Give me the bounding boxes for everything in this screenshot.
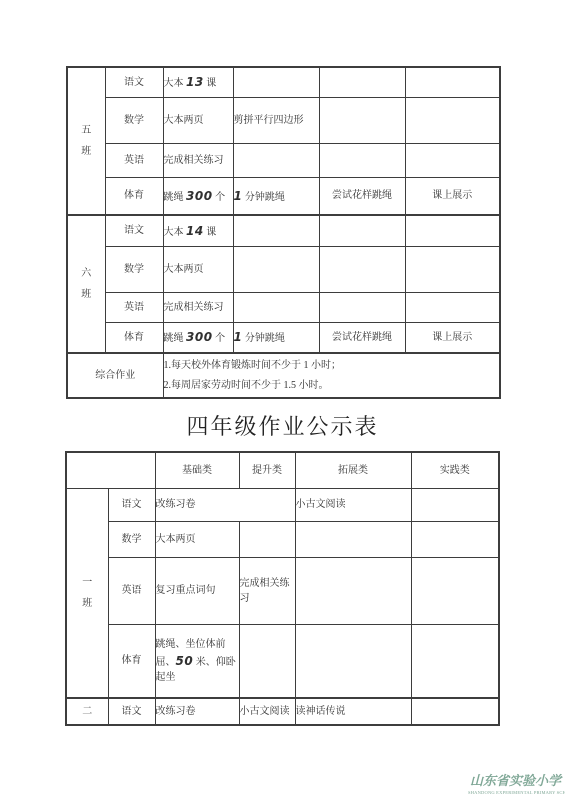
table-row: 体育 跳绳、坐位体前屈、50 米、仰卧起坐 (66, 624, 499, 698)
empty-cell (233, 215, 319, 246)
subject-cell: 数学 (105, 97, 163, 143)
empty-cell (233, 143, 319, 177)
homework-cell: 小古文阅读 (239, 698, 295, 725)
subject-cell: 语文 (108, 488, 155, 521)
summary-label-cell: 综合作业 (67, 353, 163, 398)
subject-cell: 语文 (108, 698, 155, 725)
class-label-cell: 二 (66, 698, 108, 725)
school-logo: 山东省实验小学 SHANDONG EXPERIMENTAL PRIMARY SC… (468, 770, 563, 795)
column-header: 基础类 (155, 452, 239, 488)
subject-cell: 体育 (105, 322, 163, 353)
homework-cell: 课上展示 (405, 177, 500, 215)
summary-content-cell: 1.每天校外体育锻炼时间不少于 1 小时； 2.每周居家劳动时间不少于 1.5 … (163, 353, 500, 398)
class-label-cell: 六班 (67, 215, 105, 353)
homework-cell: 跳绳 300 个 (163, 322, 233, 353)
table-row: 体育 跳绳 300 个 1 分钟跳绳 尝试花样跳绳 课上展示 (67, 177, 500, 215)
empty-cell (319, 246, 405, 292)
table-row: 英语 完成相关练习 (67, 292, 500, 322)
homework-cell: 改练习卷 (155, 698, 239, 725)
subject-cell: 语文 (105, 67, 163, 97)
empty-cell (295, 557, 411, 624)
empty-cell (405, 143, 500, 177)
homework-cell: 1 分钟跳绳 (233, 322, 319, 353)
empty-cell (319, 215, 405, 246)
class-label-cell: 一班 (66, 488, 108, 698)
column-header: 提升类 (239, 452, 295, 488)
empty-cell (405, 67, 500, 97)
table-row: 五班 语文 大本 13 课 (67, 67, 500, 97)
subject-cell: 英语 (105, 143, 163, 177)
homework-cell: 大本两页 (163, 246, 233, 292)
homework-cell: 复习重点词句 (155, 557, 239, 624)
homework-cell: 跳绳 300 个 (163, 177, 233, 215)
empty-cell (411, 557, 499, 624)
subject-cell: 体育 (108, 624, 155, 698)
empty-cell (411, 698, 499, 725)
empty-cell (239, 521, 295, 557)
empty-cell (295, 624, 411, 698)
homework-cell: 读神话传说 (295, 698, 411, 725)
homework-cell: 改练习卷 (155, 488, 295, 521)
summary-line: 2.每周居家劳动时间不少于 1.5 小时。 (164, 376, 500, 396)
column-header: 实践类 (411, 452, 499, 488)
homework-cell: 跳绳、坐位体前屈、50 米、仰卧起坐 (155, 624, 239, 698)
empty-cell (411, 624, 499, 698)
homework-cell: 完成相关练习 (163, 143, 233, 177)
homework-cell: 尝试花样跳绳 (319, 177, 405, 215)
table-row: 数学 大本两页 剪拼平行四边形 (67, 97, 500, 143)
table-row: 英语 复习重点词句 完成相关练习 (66, 557, 499, 624)
school-logo-chinese: 山东省实验小学 (468, 770, 563, 789)
empty-cell (319, 143, 405, 177)
empty-cell (405, 215, 500, 246)
empty-cell (295, 521, 411, 557)
homework-cell: 小古文阅读 (295, 488, 411, 521)
empty-cell (319, 67, 405, 97)
empty-cell (319, 292, 405, 322)
subject-cell: 英语 (105, 292, 163, 322)
document-page: 五班 语文 大本 13 课 数学 大本两页 剪拼平行四边形 英语 完成相关练习 (0, 0, 565, 800)
homework-cell: 课上展示 (405, 322, 500, 353)
table-header-row: 基础类 提升类 拓展类 实践类 (66, 452, 499, 488)
empty-cell (411, 521, 499, 557)
table-row: 综合作业 1.每天校外体育锻炼时间不少于 1 小时； 2.每周居家劳动时间不少于… (67, 353, 500, 398)
summary-line: 1.每天校外体育锻炼时间不少于 1 小时； (164, 356, 500, 376)
table-row: 体育 跳绳 300 个 1 分钟跳绳 尝试花样跳绳 课上展示 (67, 322, 500, 353)
homework-cell: 大本 14 课 (163, 215, 233, 246)
class-label: 一班 (82, 572, 92, 614)
empty-cell (319, 97, 405, 143)
homework-cell: 完成相关练习 (163, 292, 233, 322)
corner-cell (66, 452, 155, 488)
empty-cell (411, 488, 499, 521)
school-logo-english: SHANDONG EXPERIMENTAL PRIMARY SCHOOL (468, 790, 563, 795)
empty-cell (405, 246, 500, 292)
homework-cell: 剪拼平行四边形 (233, 97, 319, 143)
homework-cell: 完成相关练习 (239, 557, 295, 624)
homework-cell: 大本 13 课 (163, 67, 233, 97)
empty-cell (405, 97, 500, 143)
homework-cell: 大本两页 (155, 521, 239, 557)
table-row: 六班 语文 大本 14 课 (67, 215, 500, 246)
page-title: 四年级作业公示表 (0, 412, 565, 442)
table-row: 二 语文 改练习卷 小古文阅读 读神话传说 (66, 698, 499, 725)
empty-cell (239, 624, 295, 698)
subject-cell: 语文 (105, 215, 163, 246)
empty-cell (233, 246, 319, 292)
subject-cell: 体育 (105, 177, 163, 215)
table-row: 数学 大本两页 (67, 246, 500, 292)
class-label-cell: 五班 (67, 67, 105, 215)
empty-cell (233, 67, 319, 97)
grade4-homework-table: 基础类 提升类 拓展类 实践类 一班 语文 改练习卷 小古文阅读 数学 大本两页… (65, 451, 500, 726)
subject-cell: 英语 (108, 557, 155, 624)
homework-cell: 尝试花样跳绳 (319, 322, 405, 353)
subject-cell: 数学 (108, 521, 155, 557)
upper-homework-table: 五班 语文 大本 13 课 数学 大本两页 剪拼平行四边形 英语 完成相关练习 (66, 66, 501, 399)
table-row: 一班 语文 改练习卷 小古文阅读 (66, 488, 499, 521)
empty-cell (405, 292, 500, 322)
table-row: 数学 大本两页 (66, 521, 499, 557)
homework-cell: 1 分钟跳绳 (233, 177, 319, 215)
table-row: 英语 完成相关练习 (67, 143, 500, 177)
column-header: 拓展类 (295, 452, 411, 488)
class-label: 五班 (81, 120, 91, 162)
subject-cell: 数学 (105, 246, 163, 292)
homework-cell: 大本两页 (163, 97, 233, 143)
class-label: 六班 (81, 263, 91, 305)
empty-cell (233, 292, 319, 322)
